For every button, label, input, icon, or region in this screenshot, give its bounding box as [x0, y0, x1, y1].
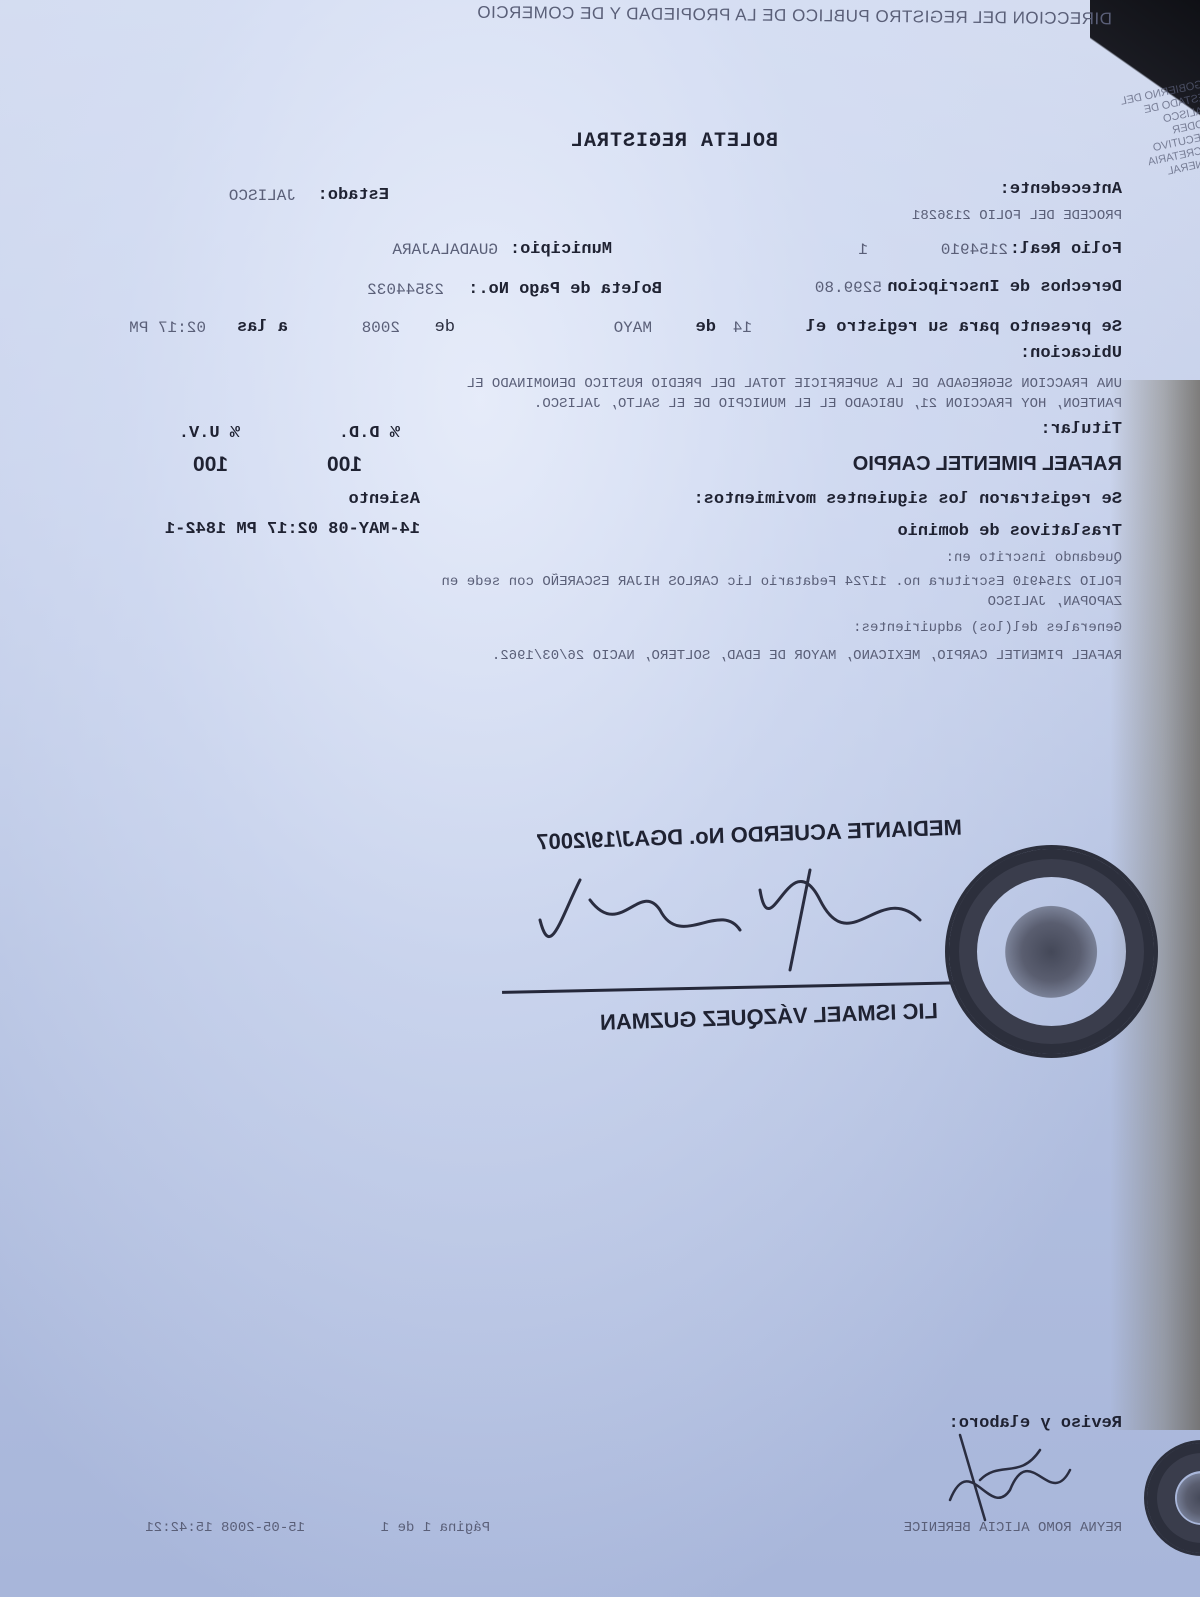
titular-label: Titular: [1040, 420, 1122, 439]
corner-seal-text: GOBIERNO DEL ESTADO DE JALISCO PODER EJE… [1104, 79, 1200, 189]
presento-month: MAYO [614, 319, 652, 337]
asiento-label: Asiento [349, 490, 420, 509]
titular-uv-value: 100 [193, 453, 228, 477]
estado-value: JALISCO [229, 187, 296, 205]
presento-time: 02:17 PM [129, 319, 206, 337]
estado-label: Estado: [318, 186, 389, 205]
partial-seal-icon [1144, 1440, 1200, 1556]
folio-real-value: 2154910 [941, 241, 1008, 259]
quedando-label: Quedando inscrito en: [946, 550, 1122, 566]
derechos-label: Derechos de Inscripcion [887, 278, 1122, 297]
document-title: BOLETA REGISTRAL [570, 130, 778, 153]
presento-year: 2008 [362, 319, 400, 337]
dd-column-label: % D.D. [339, 424, 400, 443]
ubicacion-line-1: UNA FRACCION SEGREGADA DE LA SUPERFICIE … [467, 376, 1122, 392]
folio-real-suffix: 1 [858, 241, 868, 259]
municipio-value: GUADALAJARA [392, 241, 498, 259]
movimientos-label: Se registraron los siguientes movimiento… [694, 490, 1122, 509]
antecedente-label: Antecedente: [1000, 180, 1122, 199]
signer-name: LIC ISMAEL VÁZQUEZ GUZMAN [599, 998, 938, 1036]
acuerdo-text: MEDIANTE ACUERDO No. DGAJ/19/2007 [536, 815, 962, 856]
print-timestamp: 15-05-2008 15:42:21 [145, 1520, 305, 1536]
presento-de1: de [696, 318, 716, 337]
municipio-label: Municipio: [510, 240, 612, 259]
ubicacion-label: Ubicacion: [1020, 344, 1122, 363]
boleta-pago-value: 23544032 [367, 281, 444, 299]
ubicacion-line-2: PANTEON, HOY FRACCION 21, UBICADO EL EL … [534, 396, 1122, 412]
folio-real-label: Folio Real: [1010, 240, 1122, 259]
generales-value: RAFAEL PIMENTEL CARPIO, MEXICANO, MAYOR … [492, 648, 1122, 664]
reviso-signature-icon [900, 1430, 1080, 1530]
presento-a-las: a las [237, 318, 288, 337]
quedando-line-1: FOLIO 2154910 Escritura no. 11724 Fedata… [441, 574, 1122, 590]
boleta-pago-label: Boleta de Pago No.: [468, 280, 662, 299]
quedando-line-2: ZAPOPAN, JALISCO [988, 594, 1122, 610]
titular-dd-value: 100 [327, 453, 362, 477]
derechos-value: 5299.80 [815, 279, 882, 297]
presento-de2: de [435, 318, 455, 337]
partial-seal-core-icon [1177, 1473, 1200, 1523]
signature-line [502, 981, 972, 994]
agency-header: DIRECCION DEL REGISTRO PUBLICO DE LA PRO… [477, 3, 1112, 30]
coat-of-arms-icon [1005, 905, 1097, 997]
presento-label: Se presento para su registro el [806, 318, 1122, 337]
reviso-name: REYNA ROMO ALICIA BERENICE [904, 1520, 1122, 1536]
presento-day: 14 [733, 319, 752, 337]
generales-label: Generales del(los) adquirientes: [853, 620, 1122, 636]
signature-icon [520, 860, 940, 980]
traslativos-label: Traslativos de dominio [898, 522, 1122, 541]
traslativos-value: 14-MAY-08 02:17 PM 1842-1 [165, 520, 420, 539]
official-seal-icon [945, 845, 1158, 1058]
titular-name: RAFAEL PIMENTEL CARPIO [853, 453, 1122, 476]
antecedente-value: PROCEDE DEL FOLIO 2136281 [912, 208, 1122, 224]
page-indicator: Página 1 de 1 [381, 1520, 490, 1536]
mirrored-document: DIRECCION DEL REGISTRO PUBLICO DE LA PRO… [0, 0, 1200, 1597]
uv-column-label: % U.V. [179, 424, 240, 443]
